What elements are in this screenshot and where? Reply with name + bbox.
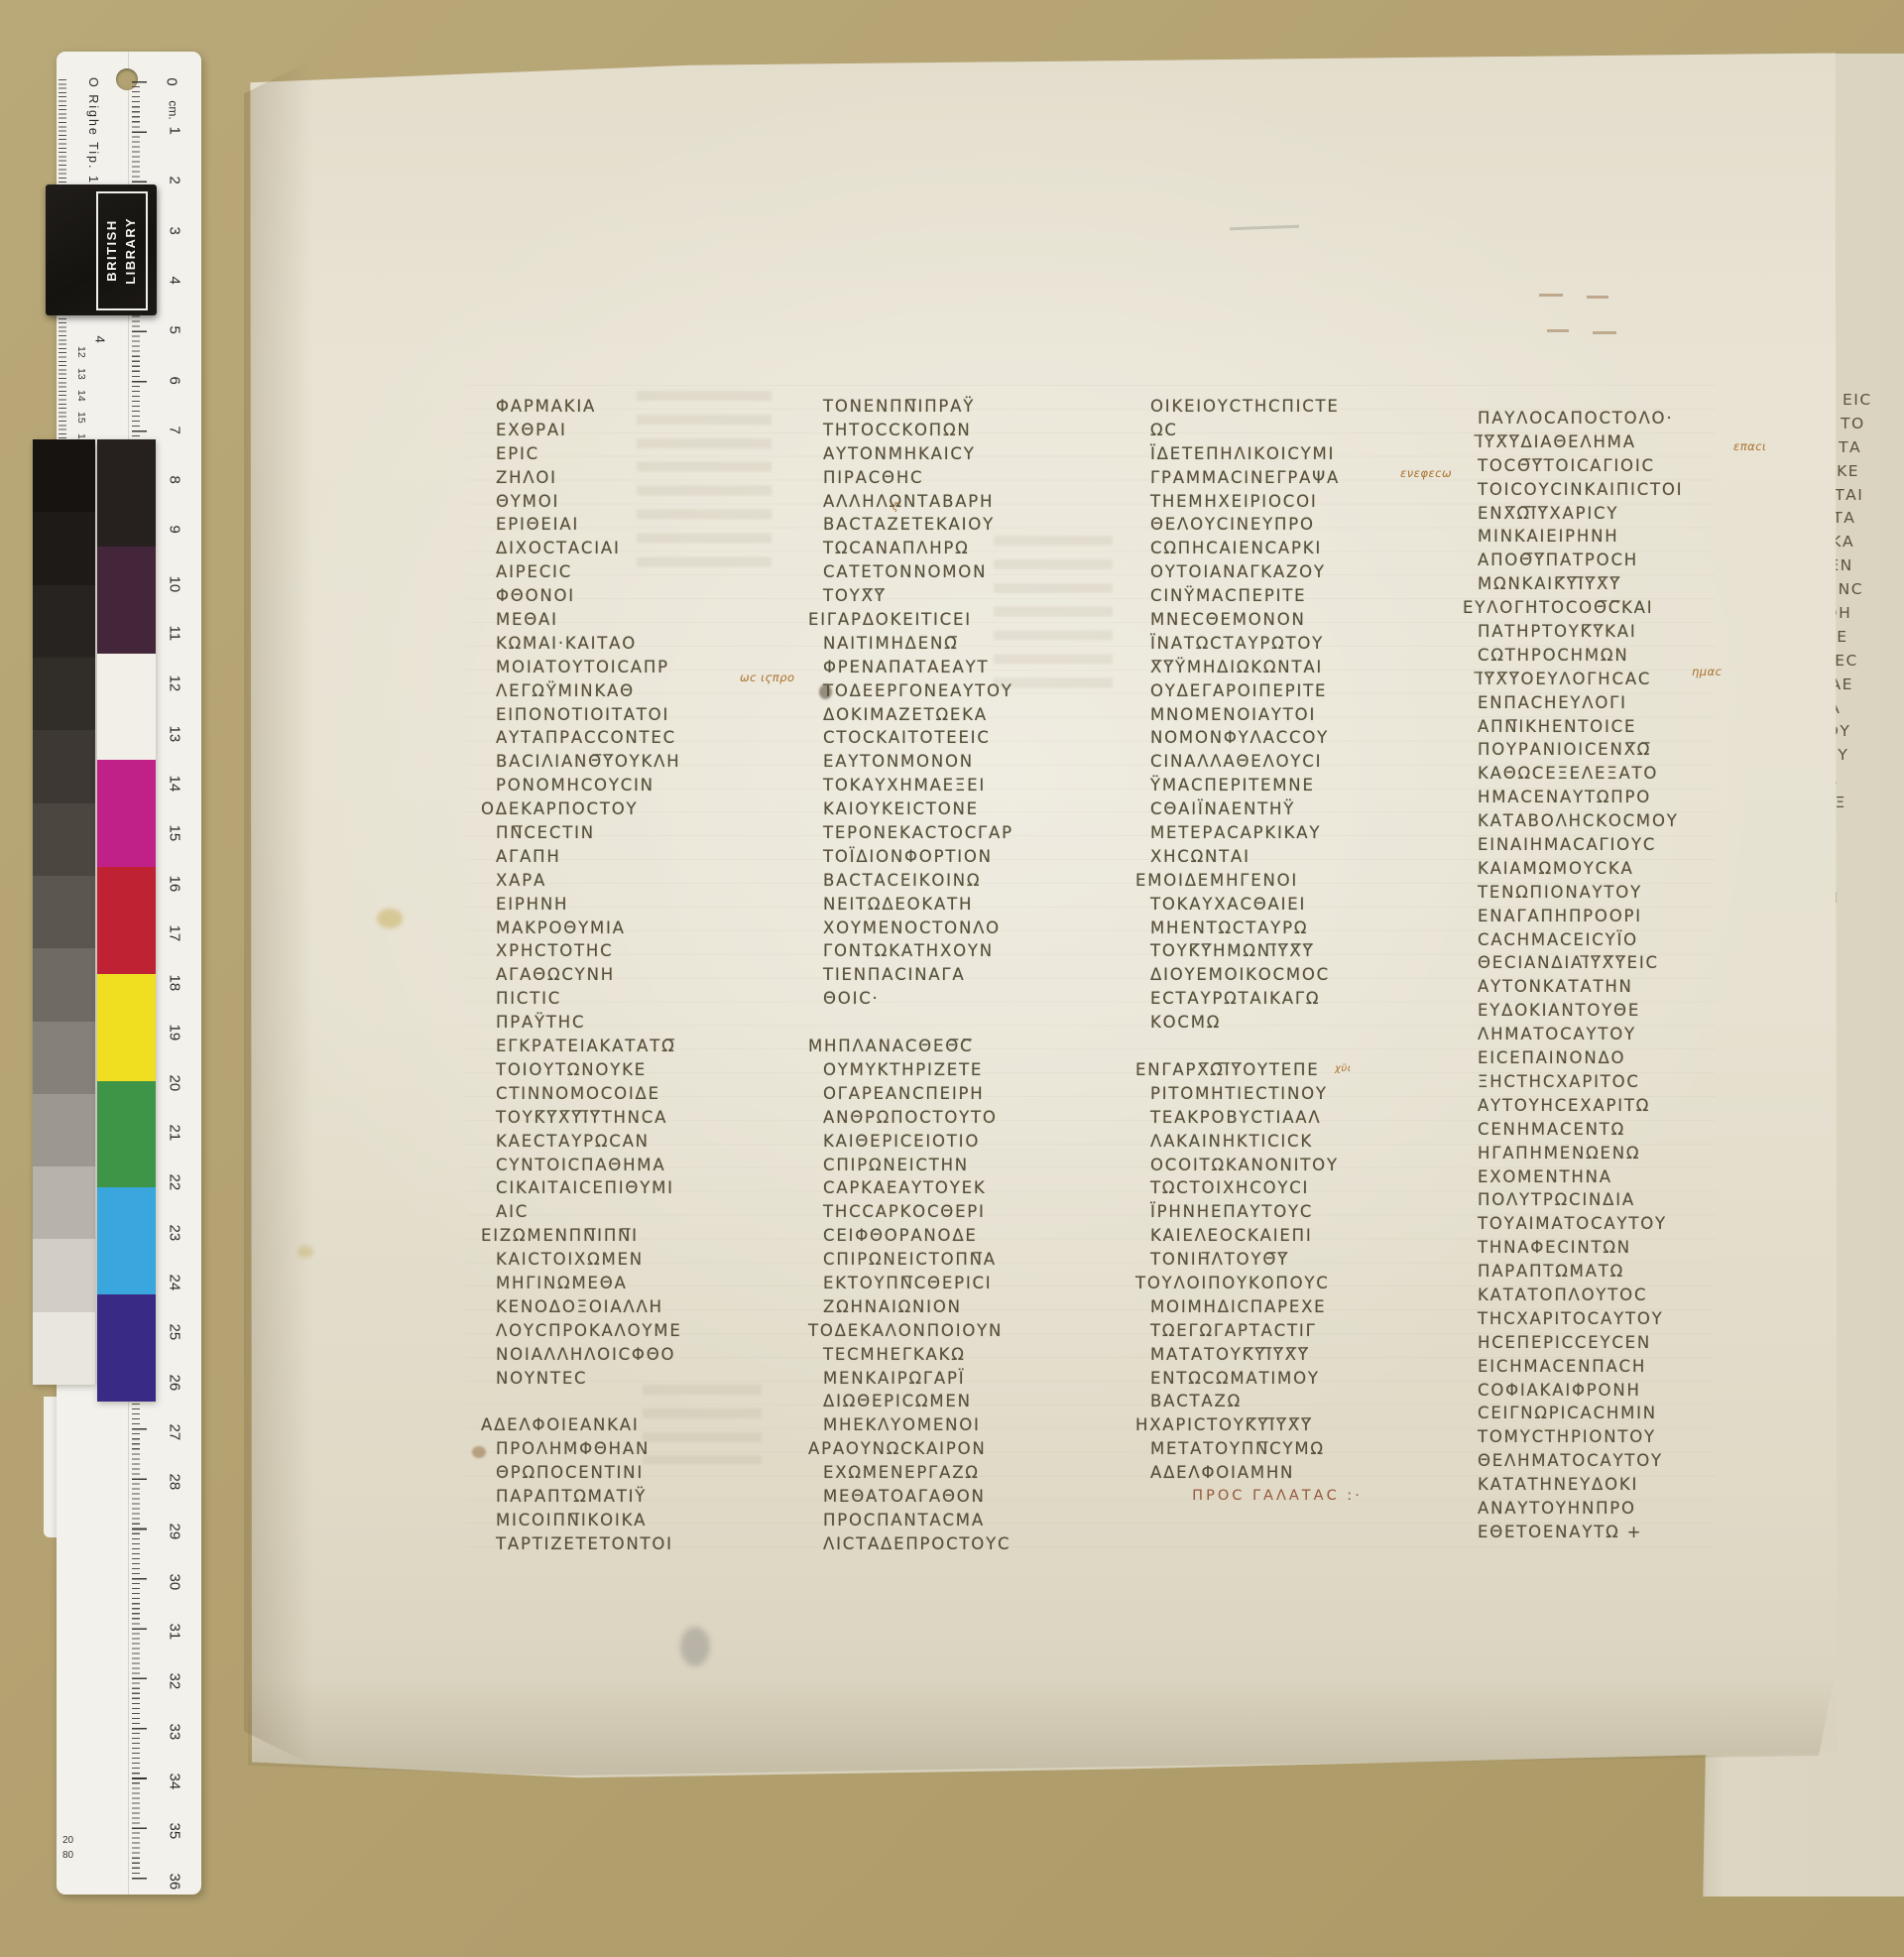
- manuscript-line: ΜΗΕΚΛΥΟΜΕΝΟΙ: [823, 1413, 1089, 1437]
- ruler-cm-number: 13: [167, 725, 183, 747]
- manuscript-line: ΔΙΩΘΕΡΙϹΩΜΕΝ: [823, 1390, 1089, 1413]
- manuscript-line: ϹΘΑΙΪΝΑΕΝΤΗΫ: [1150, 797, 1416, 821]
- manuscript-line: ΤΟΙΟΥΤΩΝΟΥΚΕ: [496, 1058, 762, 1082]
- parchment-stain: [297, 1246, 313, 1258]
- manuscript-line: ΡΟΝΟΜΗϹΟΥϹΙΝ: [496, 774, 762, 797]
- ruler-cm-number: 36: [167, 1873, 183, 1895]
- facing-page-line: ΤΟ: [1841, 413, 1904, 436]
- manuscript-line: [496, 1390, 762, 1413]
- manuscript-line: ΑΔΕΛΦΟΙΕΑΝΚΑΙ: [481, 1413, 762, 1437]
- manuscript-line: ΓΟΝΤΩΚΑΤΗΧΟΥΝ: [823, 939, 1089, 963]
- grayscale-step: [33, 512, 95, 584]
- manuscript-line: ΤΟϹΘ̅Υ̅ΤΟΙϹΑΓΙΟΙϹ: [1478, 454, 1743, 478]
- manuscript-line: ΠΑΡΑΠΤΩΜΑΤΩ: [1478, 1260, 1743, 1284]
- manuscript-line: ΕϹΤΑΥΡΩΤΑΙΚΑΓΩ: [1150, 987, 1416, 1011]
- manuscript-line: ΞΗϹΤΗϹΧΑΡΙΤΟϹ: [1478, 1070, 1743, 1094]
- manuscript-line: ΤΟΪΔΙΟΝΦΟΡΤΙΟΝ: [823, 845, 1089, 869]
- ruler-cm-number: 21: [167, 1125, 183, 1147]
- manuscript-line: ΜΕΤΕΡΑϹΑΡΚΙΚΑΥ: [1150, 821, 1416, 845]
- manuscript-line: ΤΟΔΕΚΑΛΟΝΠΟΙΟΥΝ: [808, 1319, 1089, 1343]
- manuscript-line: ϹΩΠΗϹΑΙΕΝϹΑΡΚΙ: [1150, 537, 1416, 560]
- manuscript-line: ϹΑΡΚΑΕΑΥΤΟΥΕΚ: [823, 1176, 1089, 1200]
- manuscript-line: ΗΧΑΡΙϹΤΟΥΚ̅Υ̅Ι̅Υ̅Χ̅Υ̅: [1135, 1413, 1416, 1437]
- manuscript-line: ϹΠΙΡΩΝΕΙϹΤΗΝ: [823, 1154, 1089, 1177]
- text-column-3: ΟΙΚΕΙΟΥϹΤΗϹΠΙϹΤΕΩϹΪΔΕΤΕΠΗΛΙΚΟΙϹΥΜΙΓΡΑΜΜΑ…: [1150, 395, 1416, 1485]
- manuscript-line: ΕΙΠΟΝΟΤΙΟΙΤΑΤΟΙ: [496, 703, 762, 727]
- manuscript-line: ϹΕΙΦΘΟΡΑΝΟΔΕ: [823, 1224, 1089, 1248]
- manuscript-line: ΪΡΗΝΗΕΠΑΥΤΟΥϹ: [1150, 1200, 1416, 1224]
- manuscript-line: ΤΑΡΤΙΖΕΤΕΤΟΝΤΟΙ: [496, 1532, 762, 1556]
- margin-note-zeta: ζ: [892, 502, 898, 513]
- manuscript-line: ΚΑΙϹΤΟΙΧΩΜΕΝ: [496, 1248, 762, 1272]
- manuscript-line: ΜΗΓΙΝΩΜΕΘΑ: [496, 1272, 762, 1295]
- manuscript-line: ϹΤΙΝΝΟΜΟϹΟΙΔΕ: [496, 1082, 762, 1106]
- manuscript-line: ΕΝΠΑϹΗΕΥΛΟΓΙ: [1478, 691, 1743, 715]
- manuscript-line: ϹΠΙΡΩΝΕΙϹΤΟΠΝ̅Α: [823, 1248, 1089, 1272]
- grayscale-step: [33, 658, 95, 730]
- facing-page-line: ΤΑ: [1833, 507, 1904, 531]
- manuscript-line: [823, 1011, 1089, 1035]
- ruler-cm-number: 34: [167, 1773, 183, 1794]
- manuscript-line: ΝΑΙΤΙΜΗΔΕΝΩ̅: [823, 632, 1089, 656]
- manuscript-line: ΕΙΓΑΡΔΟΚΕΙΤΙϹΕΙ: [808, 608, 1089, 632]
- color-patch: [97, 974, 156, 1081]
- manuscript-line: ΤΟΥΧ̅Υ̅: [823, 584, 1089, 608]
- manuscript-line: ΕΚΤΟΥΠΝ̅ϹΘΕΡΙϹΙ: [823, 1272, 1089, 1295]
- manuscript-line: ΚΑΤΑΤΗΝΕΥΔΟΚΙ: [1478, 1473, 1743, 1497]
- manuscript-line: ΧΑΡΑ: [496, 869, 762, 893]
- manuscript-line: ΒΑϹΙΛΙΑΝΘ̅Υ̅ΟΥΚΛΗ: [496, 750, 762, 774]
- color-calibration-strip: [97, 439, 156, 1402]
- margin-note-pro: ωϲ ιϛπρο: [740, 671, 795, 684]
- galatians-subscription: ΠΡΟϹ ΓΑΛΑΤΑϹ :·: [1158, 1488, 1396, 1504]
- margin-note-xyi: χϋι: [1335, 1063, 1352, 1074]
- manuscript-line: ΛΑΚΑΙΝΗΚΤΙϹΙϹΚ: [1150, 1130, 1416, 1154]
- facing-page-line: ΕΙϹ: [1843, 389, 1904, 413]
- manuscript-line: ΕΜΟΙΔΕΜΗΓΕΝΟΙ: [1135, 869, 1416, 893]
- manuscript-line: ΜΙΝΚΑΙΕΙΡΗΝΗ: [1478, 525, 1743, 549]
- manuscript-line: ΠΝ̅ϹΕϹΤΙΝ: [496, 821, 762, 845]
- grayscale-step: [33, 876, 95, 948]
- ruler-side-number: 4: [93, 336, 108, 352]
- manuscript-line: ΜΕΘΑΙ: [496, 608, 762, 632]
- manuscript-line: ΤΙΕΝΠΑϹΙΝΑΓΑ: [823, 963, 1089, 987]
- ruler-cm-number: 24: [167, 1274, 183, 1295]
- manuscript-line: ΠΙϹΤΙϹ: [496, 987, 762, 1011]
- color-patch: [97, 760, 156, 867]
- parchment-stain: [377, 909, 403, 928]
- manuscript-line: ΤΟΥΑΙΜΑΤΟϹΑΥΤΟΥ: [1478, 1212, 1743, 1236]
- ruler-side-label: O Righe Tip. 1: [86, 77, 100, 184]
- color-patch: [97, 439, 156, 547]
- manuscript-line: ΟΔΕΚΑΡΠΟϹΤΟΥ: [481, 797, 762, 821]
- manuscript-line: ΕΝΧ̅Ω̅Ι̅Υ̅ΧΑΡΙϹΥ: [1478, 502, 1743, 526]
- manuscript-line: ΗϹΕΠΕΡΙϹϹΕΥϹΕΝ: [1478, 1331, 1743, 1355]
- manuscript-line: ΤΕΝΩΠΙΟΝΑΥΤΟΥ: [1478, 881, 1743, 905]
- manuscript-line: ΒΑϹΤΑΖΕΤΕΚΑΙΟΥ: [823, 513, 1089, 537]
- manuscript-line: ΤΗϹϹΑΡΚΟϹΘΕΡΙ: [823, 1200, 1089, 1224]
- manuscript-line: ΕΧΟΜΕΝΤΗΝΑ: [1478, 1165, 1743, 1189]
- manuscript-line: ΑΥΤΑΠΡΑϹϹΟΝΤΕϹ: [496, 726, 762, 750]
- manuscript-line: ΕΧΘΡΑΙ: [496, 419, 762, 442]
- page-left-shading: [244, 60, 313, 1766]
- facing-page-line: ΚΕ: [1837, 460, 1904, 484]
- ruler-cm-number: 25: [167, 1324, 183, 1346]
- manuscript-line: ΤΟΝΕΝΠΝ̅ΙΠΡΑΫ: [823, 395, 1089, 419]
- manuscript-line: ΕΡΙϹ: [496, 442, 762, 466]
- manuscript-line: ΪΔΕΤΕΠΗΛΙΚΟΙϹΥΜΙ: [1150, 442, 1416, 466]
- manuscript-line: ΚΑΙΘΕΡΙϹΕΙΟΤΙΟ: [823, 1130, 1089, 1154]
- manuscript-line: ΔΟΚΙΜΑΖΕΤΩΕΚΑ: [823, 703, 1089, 727]
- manuscript-line: [1150, 1035, 1416, 1058]
- manuscript-line: ΧΡΗϹΤΟΤΗϹ: [496, 939, 762, 963]
- manuscript-line: ΑΝΑΥΤΟΥΗΝΠΡΟ: [1478, 1497, 1743, 1521]
- ruler-cm-number: 11: [167, 626, 183, 648]
- manuscript-line: ΧΟΥΜΕΝΟϹΤΟΝΛΟ: [823, 917, 1089, 940]
- manuscript-line: ΜΗΕΝΤΩϹΤΑΥΡΩ: [1150, 917, 1416, 940]
- ruler-cm-number: 16: [167, 875, 183, 897]
- manuscript-line: ϹΤΟϹΚΑΙΤΟΤΕΕΙϹ: [823, 726, 1089, 750]
- manuscript-line: ΝΟΜΟΝΦΥΛΑϹϹΟΥ: [1150, 726, 1416, 750]
- manuscript-line: ΠΟΛΥΤΡΩϹΙΝΔΙΑ: [1478, 1188, 1743, 1212]
- text-column-1: ΦΑΡΜΑΚΙΑΕΧΘΡΑΙΕΡΙϹΖΗΛΟΙΘΥΜΟΙΕΡΙΘΕΙΑΙΔΙΧΟ…: [496, 395, 762, 1556]
- manuscript-line: ΜΕΤΑΤΟΥΠΝ̅ϹΥΜΩ: [1150, 1437, 1416, 1461]
- grayscale-step: [33, 803, 95, 876]
- ruler-cm-number: 31: [167, 1624, 183, 1646]
- manuscript-line: ΜΕΘΑΤΟΑΓΑΘΟΝ: [823, 1485, 1089, 1509]
- ruler-cm-number: 30: [167, 1573, 183, 1595]
- ruler-cm-number: 18: [167, 975, 183, 997]
- manuscript-line: ΑΡΑΟΥΝΩϹΚΑΙΡΟΝ: [808, 1437, 1089, 1461]
- manuscript-line: ΑΙΡΕϹΙϹ: [496, 560, 762, 584]
- manuscript-line: ΑΓΑΠΗ: [496, 845, 762, 869]
- manuscript-line: ΤΗΤΟϹϹΚΟΠΩΝ: [823, 419, 1089, 442]
- manuscript-line: ΕΑΥΤΟΝΜΟΝΟΝ: [823, 750, 1089, 774]
- british-library-tag: BRITISH LIBRARY: [46, 184, 157, 315]
- manuscript-line: ΜΙϹΟΙΠΝ̅ΙΚΟΙΚΑ: [496, 1509, 762, 1532]
- manuscript-line: ΧΗϹΩΝΤΑΙ: [1150, 845, 1416, 869]
- manuscript-line: ΠΑΥΛΟϹΑΠΟϹΤΟΛΟ·: [1478, 407, 1743, 430]
- ruler-cm-number: 32: [167, 1673, 183, 1695]
- manuscript-line: ΤΕϹΜΗΕΓΚΑΚΩ: [823, 1343, 1089, 1367]
- facing-page-line: ΕΝ: [1829, 554, 1904, 578]
- margin-note-imas: ημαϲ: [1692, 665, 1723, 678]
- manuscript-line: ΠΡΟϹΠΑΝΤΑϹΜΑ: [823, 1509, 1089, 1532]
- manuscript-line: ΟΥΤΟΙΑΝΑΓΚΑΖΟΥ: [1150, 560, 1416, 584]
- ruler-cm-number: 3: [167, 226, 183, 248]
- manuscript-line: ΑΝΘΡΩΠΟϹΤΟΥΤΟ: [823, 1106, 1089, 1130]
- manuscript-line: ΖΩΗΝΑΙΩΝΙΟΝ: [823, 1295, 1089, 1319]
- grayscale-step: [33, 948, 95, 1021]
- manuscript-line: ϹΙΝΫΜΑϹΠΕΡΙΤΕ: [1150, 584, 1416, 608]
- manuscript-line: ΜΟΙΜΗΔΙϹΠΑΡΕΧΕ: [1150, 1295, 1416, 1319]
- manuscript-line: ΜΑΚΡΟΘΥΜΙΑ: [496, 917, 762, 940]
- manuscript-line: ΗΓΑΠΗΜΕΝΩΕΝΩ: [1478, 1142, 1743, 1165]
- manuscript-line: ΠΡΑΫΤΗϹ: [496, 1011, 762, 1035]
- manuscript-line: ΤΩϹΤΟΙΧΗϹΟΥϹΙ: [1150, 1176, 1416, 1200]
- manuscript-line: ϹΕΝΗΜΑϹΕΝΤΩ: [1478, 1118, 1743, 1142]
- manuscript-line: ΚΟϹΜΩ: [1150, 1011, 1416, 1035]
- color-patch: [97, 867, 156, 974]
- manuscript-line: ΕΓΚΡΑΤΕΙΑΚΑΤΑΤΩ̅: [496, 1035, 762, 1058]
- manuscript-line: ΕΥΔΟΚΙΑΝΤΟΥΘΕ: [1478, 999, 1743, 1023]
- ruler-cm-number: 19: [167, 1025, 183, 1046]
- manuscript-line: ΤΟΚΑΥΧΗΜΑΕΞΕΙ: [823, 774, 1089, 797]
- manuscript-line: ΟΥΜΥΚΤΗΡΙΖΕΤΕ: [823, 1058, 1089, 1082]
- british-library-tag-label: BRITISH LIBRARY: [103, 217, 141, 285]
- manuscript-line: ΘΕϹΙΑΝΔΙΑΙ̅Υ̅Χ̅Υ̅ΕΙϹ: [1478, 951, 1743, 975]
- facing-page-line: ΕΝϹ: [1827, 578, 1904, 602]
- facing-page-line: ΚΑ: [1831, 531, 1904, 554]
- manuscript-line: ΤΟΥΚ̅Υ̅Χ̅Υ̅Ι̅Υ̅ΤΗΝϹΑ: [496, 1106, 762, 1130]
- manuscript-line: ΜΝΕϹΘΕΜΟΝΟΝ: [1150, 608, 1416, 632]
- manuscript-line: ϹΙΝΑΛΛΑΘΕΛΟΥϹΙ: [1150, 750, 1416, 774]
- manuscript-line: ΤΟΚΑΥΧΑϹΘΑΙΕΙ: [1150, 893, 1416, 917]
- manuscript-line: ΟΙΚΕΙΟΥϹΤΗϹΠΙϹΤΕ: [1150, 395, 1416, 419]
- manuscript-line: ΑΥΤΟΝΚΑΤΑΤΗΝ: [1478, 975, 1743, 999]
- manuscript-line: ΤΕΡΟΝΕΚΑϹΤΟϹΓΑΡ: [823, 821, 1089, 845]
- page-bottom-shading: [248, 1676, 1835, 1775]
- manuscript-line: ΚΑΙΟΥΚΕΙϹΤΟΝΕ: [823, 797, 1089, 821]
- manuscript-line: ΛΗΜΑΤΟϹΑΥΤΟΥ: [1478, 1023, 1743, 1046]
- manuscript-line: ΤΟΥΚ̅Υ̅ΗΜΩΝΙ̅Υ̅Χ̅Υ̅: [1150, 939, 1416, 963]
- ruler-cm-number: 15: [167, 825, 183, 847]
- manuscript-line: ΕΙΝΑΙΗΜΑϹΑΓΙΟΥϹ: [1478, 833, 1743, 857]
- manuscript-line: ΗΜΑϹΕΝΑΥΤΩΠΡΟ: [1478, 786, 1743, 809]
- margin-note-pasi: επαϲι: [1733, 439, 1766, 453]
- manuscript-line: ΖΗΛΟΙ: [496, 466, 762, 490]
- ruler-unit-label: cm.: [167, 100, 180, 119]
- ruler-cm-number: 14: [167, 775, 183, 796]
- manuscript-line: ΤΕΑΚΡΟΒΥϹΤΙΑΑΛ: [1150, 1106, 1416, 1130]
- manuscript-line: ΜΝΟΜΕΝΟΙΑΥΤΟΙ: [1150, 703, 1416, 727]
- manuscript-line: ΜΩΝΚΑΙΚ̅Υ̅Ι̅Υ̅Χ̅Υ̅: [1478, 572, 1743, 596]
- manuscript-line: ΕΧΩΜΕΝΕΡΓΑΖΩ: [823, 1461, 1089, 1485]
- ruler-cm-number: 26: [167, 1374, 183, 1396]
- british-library-tag-frame: BRITISH LIBRARY: [96, 191, 148, 310]
- manuscript-line: ΒΑϹΤΑΖΩ: [1150, 1390, 1416, 1413]
- manuscript-line: ΑΠΝ̅ΙΚΗΕΝΤΟΙϹΕ: [1478, 715, 1743, 739]
- grayscale-wedge: [33, 439, 95, 1385]
- ruler-cm-number: 22: [167, 1174, 183, 1196]
- manuscript-line: ΔΙΧΟϹΤΑϹΙΑΙ: [496, 537, 762, 560]
- manuscript-line: ΕΡΙΘΕΙΑΙ: [496, 513, 762, 537]
- faint-dash-mark: [1539, 294, 1563, 297]
- manuscript-line: ΟΓΑΡΕΑΝϹΠΕΙΡΗ: [823, 1082, 1089, 1106]
- manuscript-line: ΟϹΟΙΤΩΚΑΝΟΝΙΤΟΥ: [1150, 1154, 1416, 1177]
- text-column-4: ΠΑΥΛΟϹΑΠΟϹΤΟΛΟ·Ι̅Υ̅Χ̅Υ̅ΔΙΑΘΕΛΗΜΑΤΟϹΘ̅Υ̅Τ…: [1478, 407, 1743, 1544]
- manuscript-line: ΑΔΕΛΦΟΙΑΜΗΝ: [1150, 1461, 1416, 1485]
- ruler-side-number: 14: [75, 390, 87, 408]
- manuscript-line: ΪΝΑΤΩϹΤΑΥΡΩΤΟΥ: [1150, 632, 1416, 656]
- ruler-cm-number: 27: [167, 1423, 183, 1445]
- manuscript-line: ΤΗΝΑΦΕϹΙΝΤΩΝ: [1478, 1236, 1743, 1260]
- ruler-cm-number: 8: [167, 476, 183, 498]
- manuscript-line: ϹΕΙΓΝΩΡΙϹΑϹΗΜΙΝ: [1478, 1402, 1743, 1425]
- manuscript-line: ΠΡΟΛΗΜΦΘΗΑΝ: [496, 1437, 762, 1461]
- ruler-side-number: 15: [75, 412, 87, 429]
- manuscript-line: ϹΑϹΗΜΑϹΕΙϹΥΪΟ: [1478, 928, 1743, 952]
- manuscript-line: ΘΟΙϹ·: [823, 987, 1089, 1011]
- manuscript-line: ΚΑΙΕΛΕΟϹΚΑΙΕΠΙ: [1150, 1224, 1416, 1248]
- ruler-side-number: 12: [75, 346, 87, 364]
- ruler-cm-number: 20: [167, 1074, 183, 1096]
- ruler-cm-number: 4: [167, 276, 183, 298]
- manuscript-line: ΤΗϹΧΑΡΙΤΟϹΑΥΤΟΥ: [1478, 1307, 1743, 1331]
- text-column-2: ΤΟΝΕΝΠΝ̅ΙΠΡΑΫΤΗΤΟϹϹΚΟΠΩΝΑΥΤΟΝΜΗΚΑΙϹΥΠΙΡΑ…: [823, 395, 1089, 1556]
- color-patch: [97, 1081, 156, 1188]
- manuscript-line: ΕΥΛΟΓΗΤΟϹΟΘ̅Ϲ̅ΚΑΙ: [1463, 596, 1743, 620]
- manuscript-line: ΤΩΕΓΩΓΑΡΤΑϹΤΙΓ: [1150, 1319, 1416, 1343]
- ruler-bottom-number: 20: [62, 1835, 73, 1846]
- grayscale-step: [33, 1022, 95, 1094]
- manuscript-line: ΤΗΕΜΗΧΕΙΡΙΟϹΟΙ: [1150, 490, 1416, 514]
- manuscript-line: ΜΑΤΑΤΟΥΚ̅Υ̅Ι̅Υ̅Χ̅Υ̅: [1150, 1343, 1416, 1367]
- grayscale-step: [33, 1239, 95, 1311]
- manuscript-line: ΕΙϹΗΜΑϹΕΝΠΑϹΗ: [1478, 1355, 1743, 1379]
- margin-note-en-efeso: ενεφεϲω: [1400, 466, 1452, 480]
- manuscript-line: ΜΗΠΛΑΝΑϹΘΕΘ̅Ϲ̅: [808, 1035, 1089, 1058]
- manuscript-line: ΤΟΜΥϹΤΗΡΙΟΝΤΟΥ: [1478, 1425, 1743, 1449]
- manuscript-line: ΚΕΝΟΔΟΞΟΙΑΛΛΗ: [496, 1295, 762, 1319]
- manuscript-line: ϹΟΦΙΑΚΑΙΦΡΟΝΗ: [1478, 1379, 1743, 1403]
- manuscript-line: ΕΝΤΩϹΩΜΑΤΙΜΟΥ: [1150, 1367, 1416, 1391]
- ruler-bottom-number: 80: [62, 1850, 73, 1861]
- manuscript-line: ΠΑΡΑΠΤΩΜΑΤΙΫ: [496, 1485, 762, 1509]
- manuscript-line: ΕΘΕΤΟΕΝΑΥΤΩ +: [1478, 1521, 1743, 1544]
- manuscript-line: ΝΕΙΤΩΔΕΟΚΑΤΗ: [823, 893, 1089, 917]
- facing-page-line: ΘΗ: [1825, 602, 1904, 626]
- manuscript-line: ΛΙϹΤΑΔΕΠΡΟϹΤΟΥϹ: [823, 1532, 1089, 1556]
- grayscale-step: [33, 585, 95, 658]
- manuscript-line: ΚΩΜΑΙ·ΚΑΙΤΑΟ: [496, 632, 762, 656]
- manuscript-line: ΑΠΟΘ̅Υ̅ΠΑΤΡΟϹΗ: [1478, 549, 1743, 572]
- manuscript-line: ΩϹ: [1150, 419, 1416, 442]
- manuscript-line: Ι̅Υ̅Χ̅Υ̅ΔΙΑΘΕΛΗΜΑ: [1478, 430, 1743, 454]
- ruler-side-number: 13: [75, 368, 87, 386]
- manuscript-line: ΛΕΓΩΫΜΙΝΚΑΘ: [496, 679, 762, 703]
- ruler-cm-number: 5: [167, 326, 183, 348]
- manuscript-line: ΜΟΙΑΤΟΥΤΟΙϹΑΠΡ: [496, 656, 762, 679]
- manuscript-line: ΕΙΡΗΝΗ: [496, 893, 762, 917]
- facing-page-line: ΤΑΙ: [1835, 484, 1904, 508]
- ruler-cm-number: 29: [167, 1524, 183, 1545]
- manuscript-line: ΘΡΩΠΟϹΕΝΤΙΝΙ: [496, 1461, 762, 1485]
- manuscript-line: ΟΥΔΕΓΑΡΟΙΠΕΡΙΤΕ: [1150, 679, 1416, 703]
- parchment-stain: [472, 1446, 486, 1458]
- manuscript-line: ΛΟΥϹΠΡΟΚΑΛΟΥΜΕ: [496, 1319, 762, 1343]
- color-patch: [97, 1294, 156, 1402]
- manuscript-line: ΜΕΝΚΑΙΡΩΓΑΡΪ: [823, 1367, 1089, 1391]
- ruler-cm-number: 6: [167, 376, 183, 398]
- manuscript-line: ΤΟΙϹΟΥϹΙΝΚΑΙΠΙϹΤΟΙ: [1478, 478, 1743, 502]
- manuscript-line: ΔΙΟΥΕΜΟΙΚΟϹΜΟϹ: [1150, 963, 1416, 987]
- ruler-cm-number: 23: [167, 1224, 183, 1246]
- manuscript-line: ΡΙΤΟΜΗΤΙΕϹΤΙΝΟΥ: [1150, 1082, 1416, 1106]
- manuscript-line: ΑΙϹ: [496, 1200, 762, 1224]
- ruler-cm-number: 28: [167, 1474, 183, 1496]
- manuscript-line: ΤΩϹΑΝΑΠΛΗΡΩ: [823, 537, 1089, 560]
- manuscript-line: ΚΑΙΑΜΩΜΟΥϹΚΑ: [1478, 857, 1743, 881]
- manuscript-line: ΒΑϹΤΑϹΕΙΚΟΙΝΩ: [823, 869, 1089, 893]
- manuscript-line: ΕΙϹΕΠΑΙΝΟΝΔΟ: [1478, 1046, 1743, 1070]
- manuscript-line: ΤΟΔΕΕΡΓΟΝΕΑΥΤΟΥ: [823, 679, 1089, 703]
- manuscript-line: ΘΥΜΟΙ: [496, 490, 762, 514]
- manuscript-line: ΤΟΝΙΗ̅ΛΤΟΥΘ̅Υ̅: [1150, 1248, 1416, 1272]
- color-patch: [97, 1187, 156, 1294]
- manuscript-line: ΘΕΛΟΥϹΙΝΕΥΠΡΟ: [1150, 513, 1416, 537]
- facing-page-line: ΤΑ: [1839, 436, 1904, 460]
- manuscript-line: ΫΜΑϹΠΕΡΙΤΕΜΝΕ: [1150, 774, 1416, 797]
- manuscript-line: ΘΕΛΗΜΑΤΟϹΑΥΤΟΥ: [1478, 1449, 1743, 1473]
- manuscript-line: ΦΘΟΝΟΙ: [496, 584, 762, 608]
- ruler-cm-number: 2: [167, 177, 183, 198]
- photo-background: { "library": { "tag_text": "BRITISH\nLIB…: [0, 0, 1904, 1957]
- manuscript-line: ΕΙΖΩΜΕΝΠΝ̅ΙΠΝ̅Ι: [481, 1224, 762, 1248]
- color-patch: [97, 654, 156, 761]
- manuscript-line: ΑΓΑΘΩϹΥΝΗ: [496, 963, 762, 987]
- manuscript-line: ΝΟΙΑΛΛΗΛΟΙϹΦΘΟ: [496, 1343, 762, 1367]
- faint-dash-mark: [1547, 329, 1569, 332]
- manuscript-line: ϹΥΝΤΟΙϹΠΑΘΗΜΑ: [496, 1154, 762, 1177]
- grayscale-step: [33, 1166, 95, 1239]
- manuscript-line: ΚΑΕϹΤΑΥΡΩϹΑΝ: [496, 1130, 762, 1154]
- smudge-mark: [680, 1627, 710, 1666]
- ruler-cm-number: 7: [167, 426, 183, 447]
- manuscript-line: ΕΝΑΓΑΠΗΠΡΟΟΡΙ: [1478, 905, 1743, 928]
- manuscript-line: Χ̅Υ̅ΫΜΗΔΙΩΚΩΝΤΑΙ: [1150, 656, 1416, 679]
- ruler-cm-number: 9: [167, 526, 183, 548]
- ruler-cm-number: 12: [167, 675, 183, 697]
- manuscript-line: ΦΡΕΝΑΠΑΤΑΕΑΥΤ: [823, 656, 1089, 679]
- manuscript-line: ΚΑΘΩϹΕΞΕΛΕΞΑΤΟ: [1478, 762, 1743, 786]
- color-patch: [97, 547, 156, 654]
- manuscript-line: ΠΑΤΗΡΤΟΥΚ̅Υ̅ΚΑΙ: [1478, 620, 1743, 644]
- ruler-zero-label: 0: [164, 77, 180, 85]
- ruler-cm-number: 35: [167, 1823, 183, 1845]
- grayscale-step: [33, 439, 95, 512]
- manuscript-line: ΑΛΛΗΛΩΝΤΑΒΑΡΗ: [823, 490, 1089, 514]
- ruler-cm-number: 17: [167, 924, 183, 946]
- faint-dash-mark: [1587, 296, 1608, 299]
- manuscript-line: ΦΑΡΜΑΚΙΑ: [496, 395, 762, 419]
- manuscript-line: ΠΟΥΡΑΝΙΟΙϹΕΝΧ̅Ω̅: [1478, 738, 1743, 762]
- manuscript-line: ΝΟΥΝΤΕϹ: [496, 1367, 762, 1391]
- manuscript-line: ΚΑΤΑΤΟΠΛΟΥΤΟϹ: [1478, 1284, 1743, 1307]
- grayscale-step: [33, 730, 95, 802]
- manuscript-line: ΚΑΤΑΒΟΛΗϹΚΟϹΜΟΥ: [1478, 809, 1743, 833]
- ruler-cm-number: 33: [167, 1723, 183, 1745]
- manuscript-line: ϹΙΚΑΙΤΑΙϹΕΠΙΘΥΜΙ: [496, 1176, 762, 1200]
- manuscript-line: ΑΥΤΟΝΜΗΚΑΙϹΥ: [823, 442, 1089, 466]
- faint-dash-mark: [1593, 331, 1616, 334]
- grayscale-step: [33, 1312, 95, 1385]
- manuscript-line: ΤΟΥΛΟΙΠΟΥΚΟΠΟΥϹ: [1135, 1272, 1416, 1295]
- manuscript-line: ΠΙΡΑϹΘΗϹ: [823, 466, 1089, 490]
- ruler-cm-number: 1: [167, 127, 183, 149]
- manuscript-line: ϹΑΤΕΤΟΝΝΟΜΟΝ: [823, 560, 1089, 584]
- ruler-cm-number: 10: [167, 575, 183, 597]
- manuscript-line: ΓΡΑΜΜΑϹΙΝΕΓΡΑΨΑ: [1150, 466, 1416, 490]
- manuscript-line: ΑΥΤΟΥΗϹΕΧΑΡΙΤΩ: [1478, 1094, 1743, 1118]
- grayscale-step: [33, 1094, 95, 1166]
- manuscript-line: ΕΝΓΑΡΧ̅Ω̅Ι̅Υ̅ΟΥΤΕΠΕ: [1135, 1058, 1416, 1082]
